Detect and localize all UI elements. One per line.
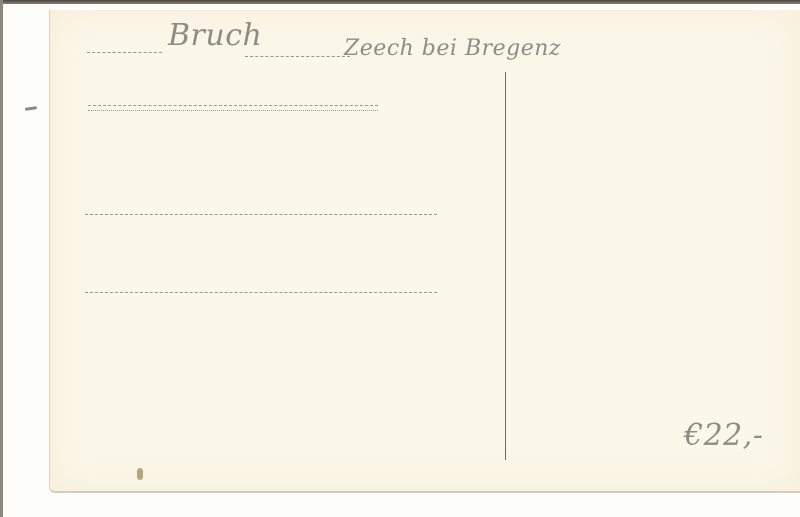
- address-line-2-sub: [88, 110, 378, 111]
- address-line-1a: [87, 52, 162, 53]
- handwritten-price: €22,-: [684, 418, 763, 453]
- address-line-1b: [245, 56, 350, 57]
- handwritten-address: Zeech bei Bregenz: [344, 36, 561, 61]
- stain-mark: [137, 468, 143, 480]
- center-divider-line: [505, 72, 506, 460]
- message-line-2: [85, 292, 437, 293]
- smudge-mark: [25, 106, 37, 111]
- address-line-2: [88, 105, 378, 106]
- scan-top-edge: [0, 0, 800, 4]
- handwritten-name: Bruch: [168, 18, 262, 53]
- message-line-1: [85, 214, 437, 215]
- scan-left-edge: [0, 0, 3, 517]
